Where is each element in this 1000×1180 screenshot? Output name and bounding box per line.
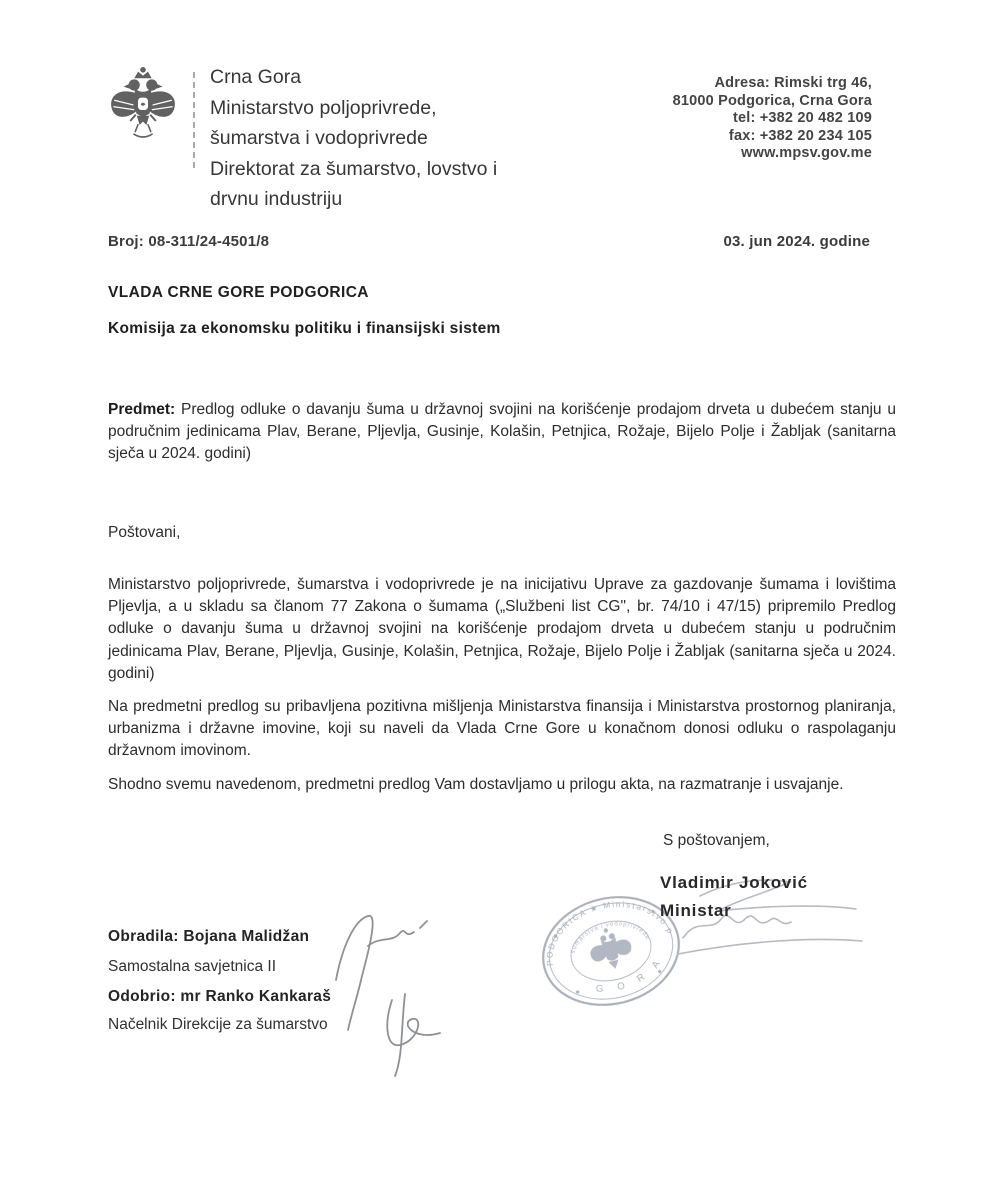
signer-title: Ministar — [660, 901, 732, 921]
signer-name: Vladimir Joković — [660, 873, 808, 893]
recipient-line1: VLADA CRNE GORE PODGORICA — [108, 284, 369, 302]
contact-address-line1: Adresa: Rimski trg 46, — [673, 75, 872, 93]
subject-paragraph: Predmet: Predlog odluke o davanju šuma u… — [108, 399, 896, 465]
org-ministry-line2: šumarstva i vodoprivrede — [210, 123, 640, 154]
reference-number: Broj: 08-311/24-4501/8 — [108, 233, 269, 250]
prepared-by-title: Samostalna savjetnica II — [108, 958, 276, 976]
contact-website: www.mpsv.gov.me — [673, 145, 872, 163]
scanned-letter-page: Crna Gora Ministarstvo poljoprivrede, šu… — [0, 0, 1000, 1180]
letterhead-contact: Adresa: Rimski trg 46, 81000 Podgorica, … — [673, 75, 872, 163]
letter-date: 03. jun 2024. godine — [723, 233, 870, 250]
body-paragraph-1: Ministarstvo poljoprivrede, šumarstva i … — [108, 574, 896, 685]
footer-signatures — [296, 898, 476, 1083]
contact-tel: tel: +382 20 482 109 — [673, 110, 872, 128]
contact-address-line2: 81000 Podgorica, Crna Gora — [673, 93, 872, 111]
org-country: Crna Gora — [210, 62, 640, 93]
prepared-by-label: Obradila: Bojana Malidžan — [108, 928, 309, 946]
org-directorate-line2: drvnu industriju — [210, 184, 640, 215]
org-directorate-line1: Direktorat za šumarstvo, lovstvo i — [210, 154, 640, 185]
letter-body: Ministarstvo poljoprivrede, šumarstva i … — [108, 574, 896, 807]
salutation: Poštovani, — [108, 524, 180, 542]
letterhead-organisation: Crna Gora Ministarstvo poljoprivrede, šu… — [210, 62, 640, 215]
recipient-line2: Komisija za ekonomsku politiku i finansi… — [108, 320, 501, 338]
montenegro-coat-of-arms-icon — [103, 64, 183, 166]
header-divider — [193, 72, 195, 168]
org-ministry-line1: Ministarstvo poljoprivrede, — [210, 93, 640, 124]
subject-text: Predlog odluke o davanju šuma u državnoj… — [108, 401, 896, 462]
subject-label: Predmet: — [108, 401, 175, 418]
body-paragraph-2: Na predmetni predlog su pribavljena pozi… — [108, 696, 896, 763]
approved-by-title: Načelnik Direkcije za šumarstvo — [108, 1016, 328, 1034]
body-paragraph-3: Shodno svemu navedenom, predmetni predlo… — [108, 774, 896, 796]
contact-fax: fax: +382 20 234 105 — [673, 128, 872, 146]
closing-regards: S poštovanjem, — [663, 832, 770, 850]
